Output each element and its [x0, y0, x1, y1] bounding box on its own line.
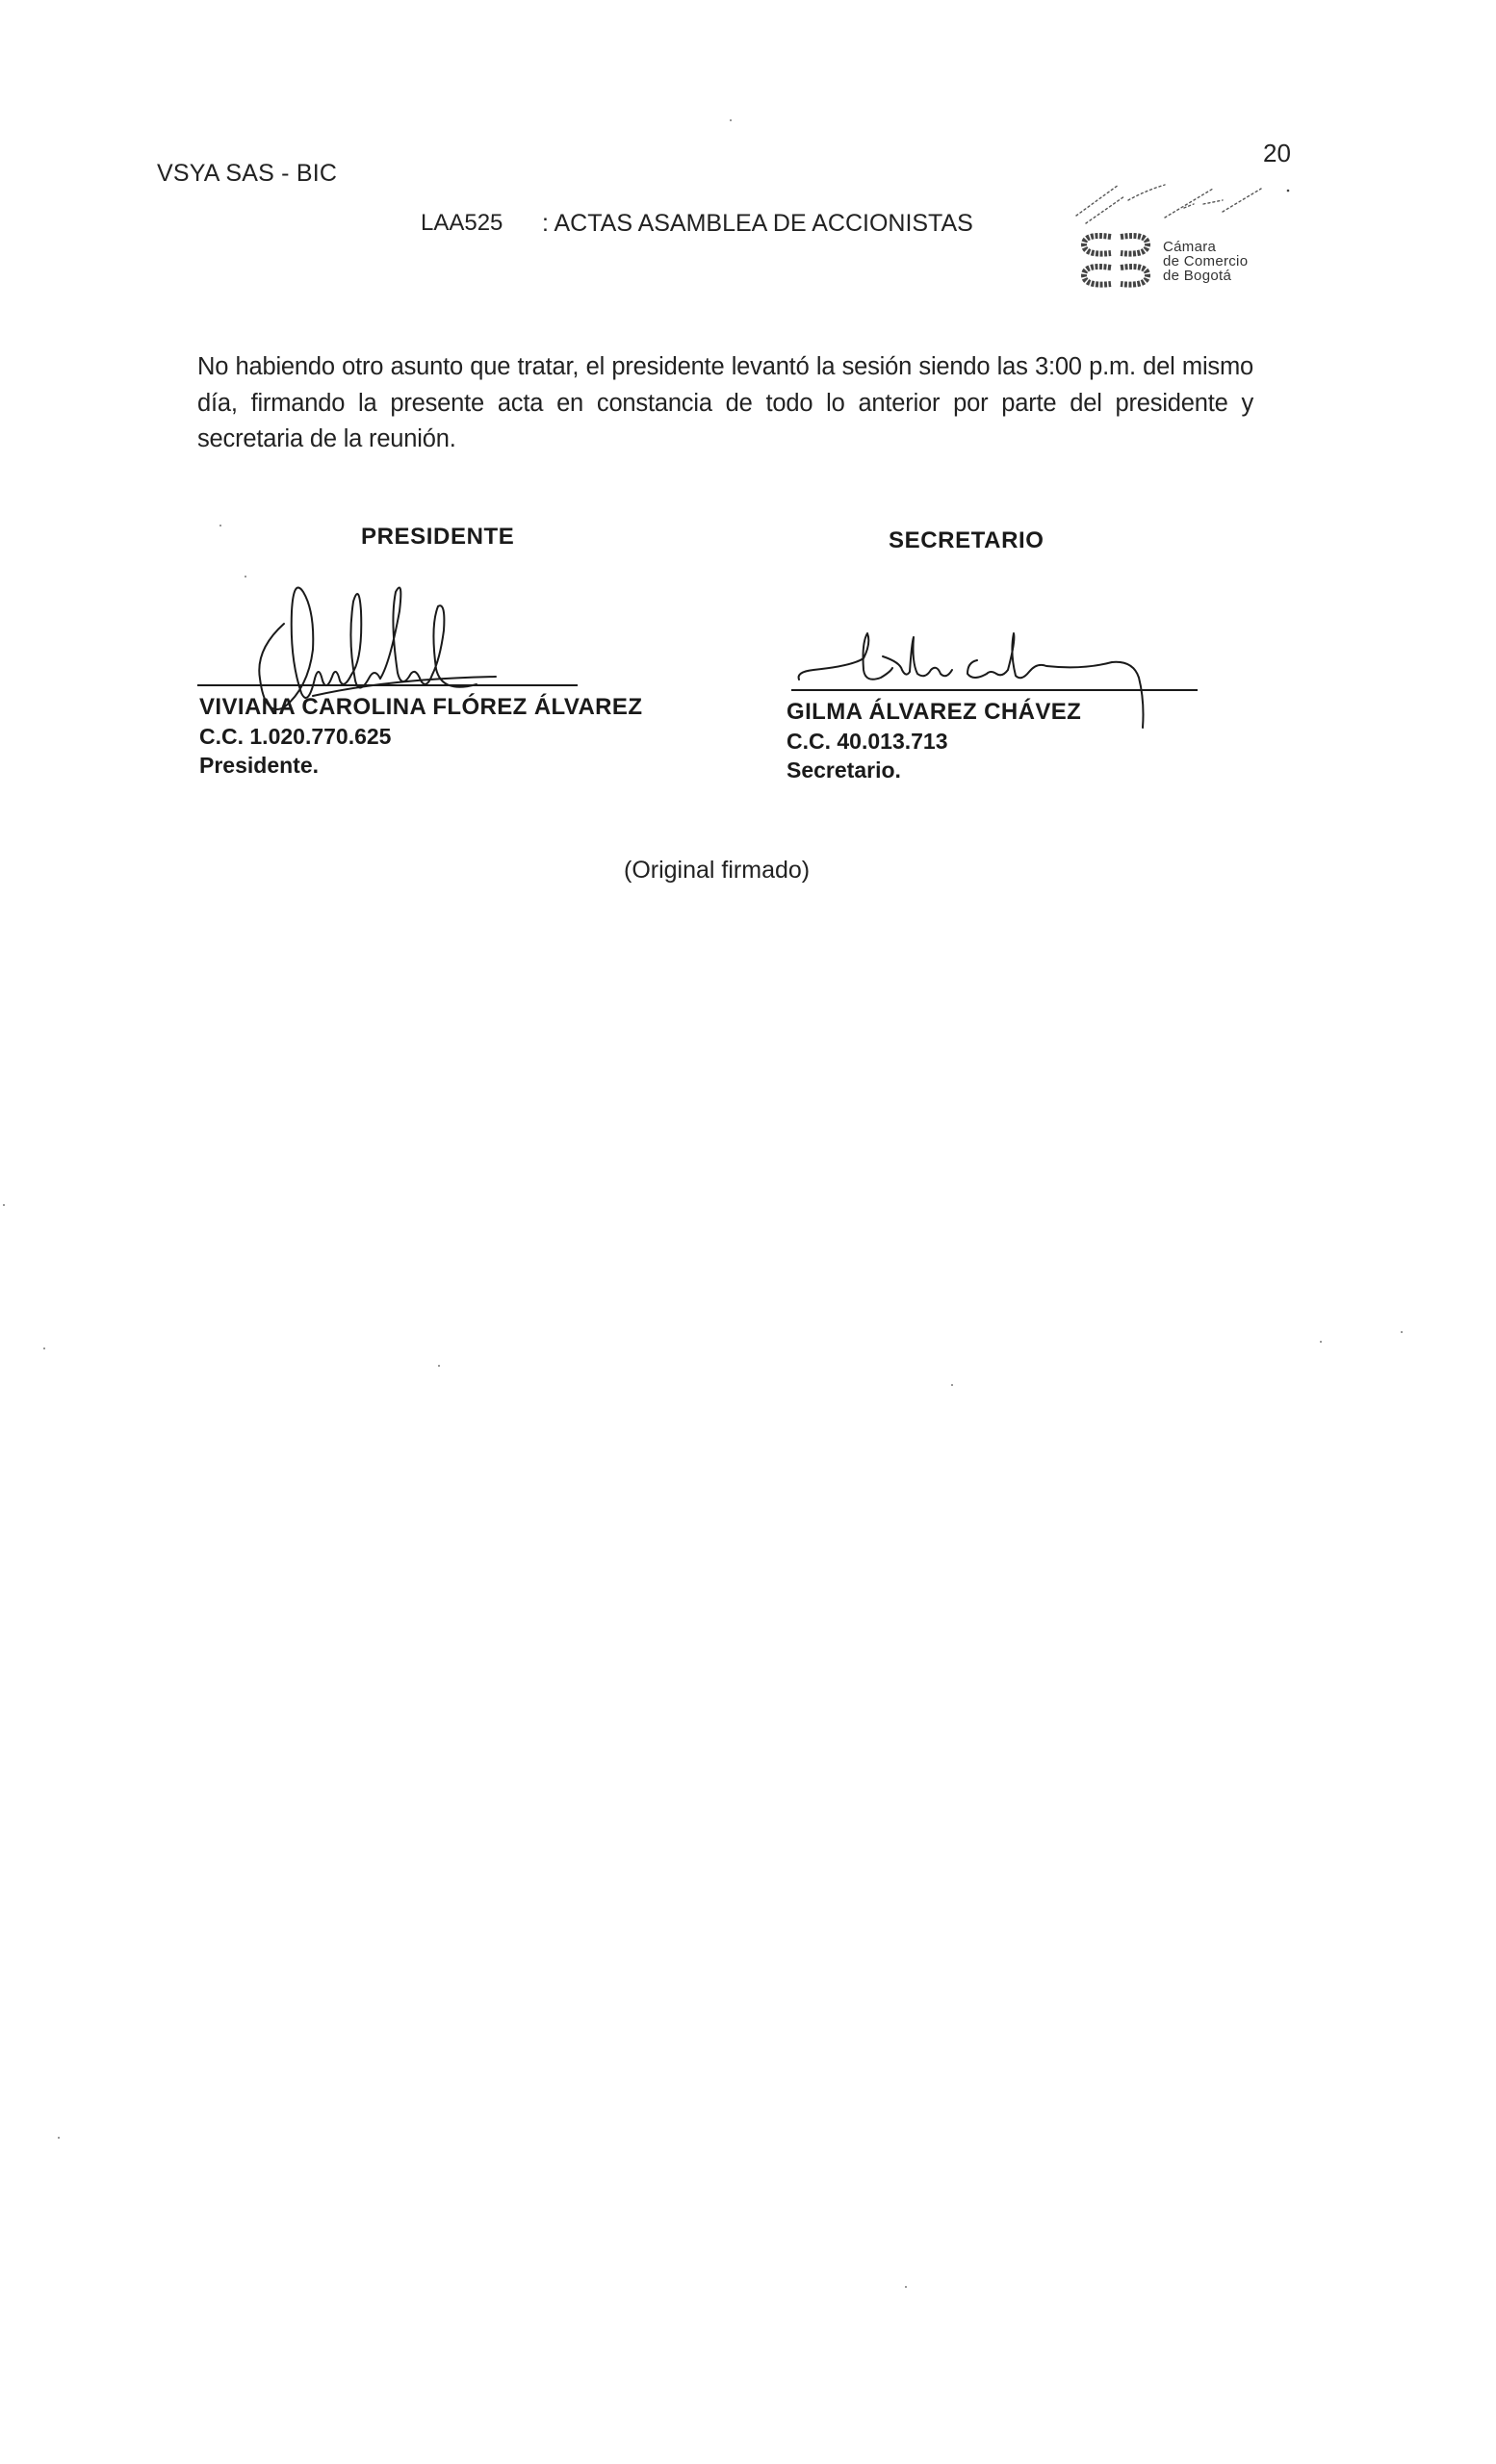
- rubric-scribble-icon: [1069, 162, 1300, 229]
- president-details: VIVIANA CAROLINA FLÓREZ ÁLVAREZ C.C. 1.0…: [199, 693, 642, 780]
- book-title: : ACTAS ASAMBLEA DE ACCIONISTAS: [542, 210, 973, 238]
- scan-speck: [1401, 1331, 1403, 1333]
- scan-speck: [58, 2137, 60, 2139]
- scan-speck: [730, 119, 732, 121]
- original-signed-note: (Original firmado): [624, 857, 810, 885]
- president-name: VIVIANA CAROLINA FLÓREZ ÁLVAREZ: [199, 693, 642, 722]
- stamp-text: Cámara de Comercio de Bogotá: [1163, 240, 1248, 283]
- chamber-of-commerce-stamp: Cámara de Comercio de Bogotá: [1078, 229, 1248, 293]
- closing-paragraph: No habiendo otro asunto que tratar, el p…: [197, 349, 1253, 458]
- scan-speck: [905, 2286, 907, 2288]
- president-heading: PRESIDENTE: [361, 524, 514, 551]
- scan-speck: [438, 1365, 440, 1367]
- secretary-role: Secretario.: [787, 756, 1081, 784]
- book-code: LAA525: [421, 210, 503, 237]
- scan-speck: [951, 1384, 953, 1386]
- camara-de-comercio-logo-icon: [1078, 229, 1153, 293]
- scan-speck: [43, 1347, 45, 1349]
- stamp-line: Cámara: [1163, 240, 1248, 254]
- secretary-signature-line: [791, 689, 1198, 691]
- scan-speck: [3, 1204, 5, 1206]
- secretary-heading: SECRETARIO: [889, 527, 1045, 554]
- secretary-id: C.C. 40.013.713: [787, 727, 1081, 756]
- scan-speck: [219, 525, 221, 526]
- president-id: C.C. 1.020.770.625: [199, 722, 642, 751]
- scan-speck: [1320, 1341, 1322, 1343]
- secretary-name: GILMA ÁLVAREZ CHÁVEZ: [787, 698, 1081, 727]
- company-name: VSYA SAS - BIC: [157, 160, 337, 188]
- stamp-line: de Bogotá: [1163, 269, 1248, 283]
- secretary-details: GILMA ÁLVAREZ CHÁVEZ C.C. 40.013.713 Sec…: [787, 698, 1081, 784]
- stamp-line: de Comercio: [1163, 254, 1248, 269]
- president-signature-line: [197, 684, 578, 686]
- scan-speck: [245, 576, 246, 577]
- president-role: Presidente.: [199, 751, 642, 780]
